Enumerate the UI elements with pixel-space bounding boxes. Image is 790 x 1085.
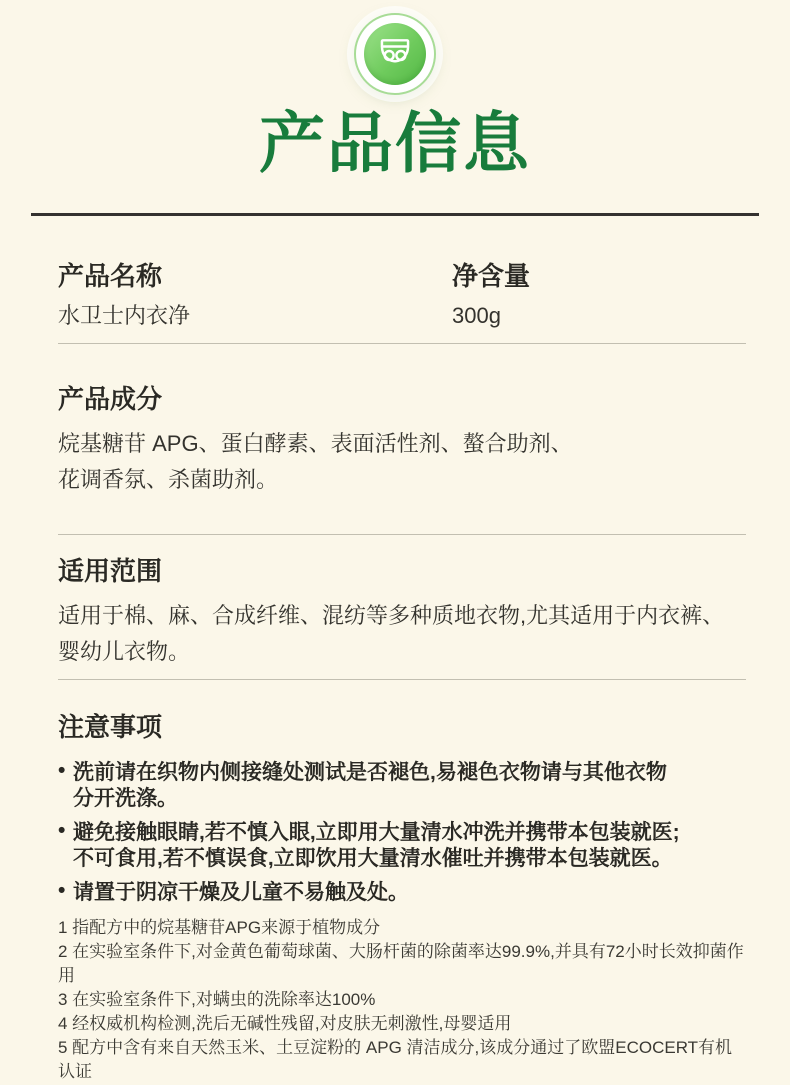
- ingredients-text: 烷基糖苷 APG、蛋白酵素、表面活性剂、螯合助剂、 花调香氛、杀菌助剂。: [58, 426, 746, 498]
- scope-line: 适用于棉、麻、合成纤维、混纺等多种质地衣物,尤其适用于内衣裤、: [58, 598, 746, 634]
- footnote: 4 经权威机构检测,洗后无碱性残留,对皮肤无刺激性,母婴适用: [58, 1012, 746, 1036]
- ingredients-section: 产品成分 烷基糖苷 APG、蛋白酵素、表面活性剂、螯合助剂、 花调香氛、杀菌助剂…: [58, 384, 746, 498]
- precautions-heading: 注意事项: [58, 712, 746, 742]
- footnote: 3 在实验室条件下,对螨虫的洗除率达100%: [58, 988, 746, 1012]
- page-title: 产品信息: [0, 107, 790, 179]
- net-content-value: 300g: [452, 304, 746, 328]
- scope-heading: 适用范围: [58, 556, 746, 586]
- net-content-block: 净含量 300g: [452, 261, 746, 328]
- scope-text: 适用于棉、麻、合成纤维、混纺等多种质地衣物,尤其适用于内衣裤、 婴幼儿衣物。: [58, 598, 746, 670]
- footnote: 5 配方中含有来自天然玉米、土豆淀粉的 APG 清洁成分,该成分通过了欧盟ECO…: [58, 1036, 746, 1084]
- precautions-section: 注意事项 洗前请在织物内侧接缝处测试是否褪色,易褪色衣物请与其他衣物 分开洗涤。…: [58, 712, 746, 906]
- icon-disc: [364, 23, 426, 85]
- section-divider-1: [58, 343, 746, 344]
- underwear-briefs-icon: [373, 30, 417, 79]
- product-summary-row: 产品名称 水卫士内衣净 净含量 300g: [58, 261, 746, 328]
- product-name-value: 水卫士内衣净: [58, 304, 452, 328]
- product-name-block: 产品名称 水卫士内衣净: [58, 261, 452, 328]
- ingredients-line: 花调香氛、杀菌助剂。: [58, 462, 746, 498]
- top-rule-divider: [31, 213, 759, 216]
- product-info-page: 产品信息 产品名称 水卫士内衣净 净含量 300g 产品成分 烷基糖苷 APG、…: [0, 0, 790, 1084]
- footnote: 2 在实验室条件下,对金黄色葡萄球菌、大肠杆菌的除菌率达99.9%,并具有72小…: [58, 940, 746, 988]
- footnote: 1 指配方中的烷基糖苷APG来源于植物成分: [58, 916, 746, 940]
- ingredients-heading: 产品成分: [58, 384, 746, 414]
- footnotes-block: 1 指配方中的烷基糖苷APG来源于植物成分 2 在实验室条件下,对金黄色葡萄球菌…: [58, 916, 746, 1084]
- precaution-item: 请置于阴凉干燥及儿童不易触及处。: [58, 880, 746, 906]
- precaution-item: 洗前请在织物内侧接缝处测试是否褪色,易褪色衣物请与其他衣物 分开洗涤。: [58, 760, 746, 812]
- section-divider-3: [58, 679, 746, 680]
- product-name-label: 产品名称: [58, 261, 452, 291]
- precaution-line: 洗前请在织物内侧接缝处测试是否褪色,易褪色衣物请与其他衣物: [73, 760, 746, 786]
- net-content-label: 净含量: [452, 261, 746, 291]
- precaution-line: 分开洗涤。: [73, 786, 746, 812]
- scope-line: 婴幼儿衣物。: [58, 634, 746, 670]
- precaution-line: 不可食用,若不慎误食,立即饮用大量清水催吐并携带本包装就医。: [73, 846, 746, 872]
- icon-ring: [354, 13, 436, 95]
- product-icon-badge: [0, 0, 790, 95]
- precaution-line: 请置于阴凉干燥及儿童不易触及处。: [73, 880, 746, 906]
- precaution-item: 避免接触眼睛,若不慎入眼,立即用大量清水冲洗并携带本包装就医; 不可食用,若不慎…: [58, 820, 746, 872]
- content-area: 产品名称 水卫士内衣净 净含量 300g 产品成分 烷基糖苷 APG、蛋白酵素、…: [0, 261, 790, 1084]
- precaution-line: 避免接触眼睛,若不慎入眼,立即用大量清水冲洗并携带本包装就医;: [73, 820, 746, 846]
- precautions-list: 洗前请在织物内侧接缝处测试是否褪色,易褪色衣物请与其他衣物 分开洗涤。 避免接触…: [58, 760, 746, 906]
- scope-section: 适用范围 适用于棉、麻、合成纤维、混纺等多种质地衣物,尤其适用于内衣裤、 婴幼儿…: [58, 556, 746, 670]
- section-divider-2: [58, 534, 746, 535]
- ingredients-line: 烷基糖苷 APG、蛋白酵素、表面活性剂、螯合助剂、: [58, 426, 746, 462]
